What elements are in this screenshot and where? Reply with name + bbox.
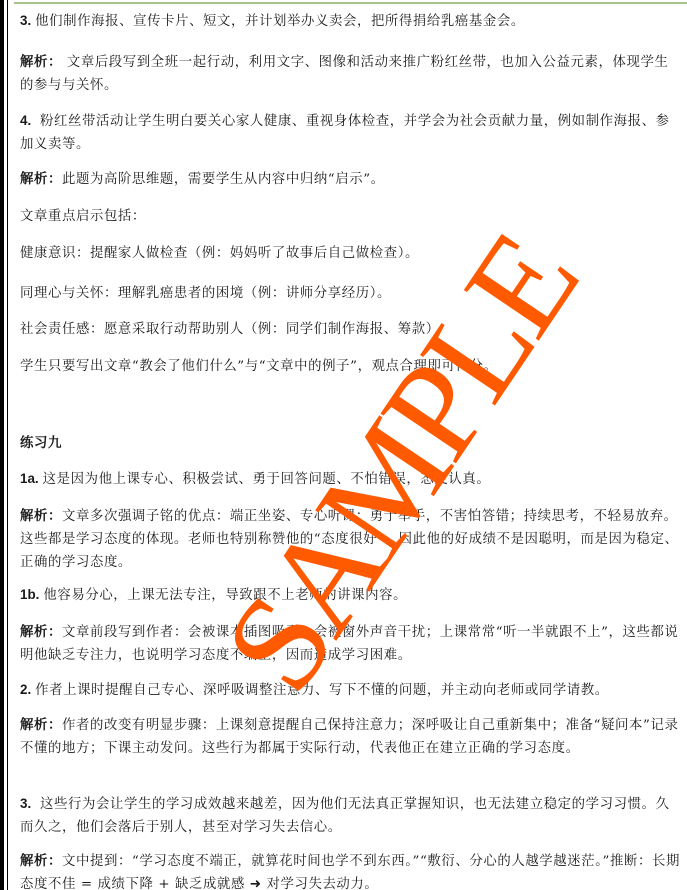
insight-health: 健康意识：提醒家人做检查（例：妈妈听了故事后自己做检查）。 [20,242,682,265]
insights-intro: 文章重点启示包括： [20,205,682,228]
scoring-note: 学生只要写出文章“教会了他们什么”与“文章中的例子”，观点合理即可得分。 [20,355,682,378]
page-border-left-thin [7,0,8,890]
analysis-4: 解析：此题为高阶思维题，需要学生从内容中归纳“启示”。 [20,168,682,191]
answer-1b: 1b.他容易分心，上课无法专注，导致跟不上老师的讲课内容。 [20,583,682,607]
answer-2: 2.作者上课时提醒自己专心、深呼吸调整注意力、写下不懂的问题，并主动向老师或同学… [20,678,682,702]
analysis-1a: 解析：文章多次强调子铭的优点：端正坐姿、专心听课；勇于举手，不害怕答错；持续思考… [20,505,682,574]
section-heading: 练习九 [20,432,682,455]
insight-responsibility: 社会责任感：愿意采取行动帮助别人（例：同学们制作海报、筹款） [20,318,682,341]
answer-1a: 1a.这是因为他上课专心、积极尝试、勇于回答问题、不怕错误，态度认真。 [20,467,682,491]
insight-empathy: 同理心与关怀：理解乳癌患者的困境（例：讲师分享经历）。 [20,282,682,305]
page-border-left-thick [0,0,4,890]
answer-3: 3.他们制作海报、宣传卡片、短文，并计划举办义卖会，把所得捐给乳癌基金会。 [20,9,682,33]
analysis-3b: 解析：文中提到：“学习态度不端正，就算花时间也学不到东西。”“敷衍、分心的人越学… [20,850,682,890]
analysis-1b: 解析：文章前段写到作者：会被课本插图吸引；会被窗外声音干扰；上课常常“听一半就跟… [20,621,682,667]
analysis-3: 解析： 文章后段写到全班一起行动，利用文字、图像和活动来推广粉红丝带，也加入公益… [20,51,682,97]
answer-4: 4. 粉红丝带活动让学生明白要关心家人健康、重视身体检查，并学会为社会贡献力量，… [20,109,682,156]
answer-3b: 3. 这些行为会让学生的学习成效越来越差，因为他们无法真正掌握知识，也无法建立稳… [20,792,682,839]
top-rule [14,2,687,4]
analysis-2: 解析：作者的改变有明显步骤：上课刻意提醒自己保持注意力；深呼吸让自己重新集中；准… [20,714,682,760]
